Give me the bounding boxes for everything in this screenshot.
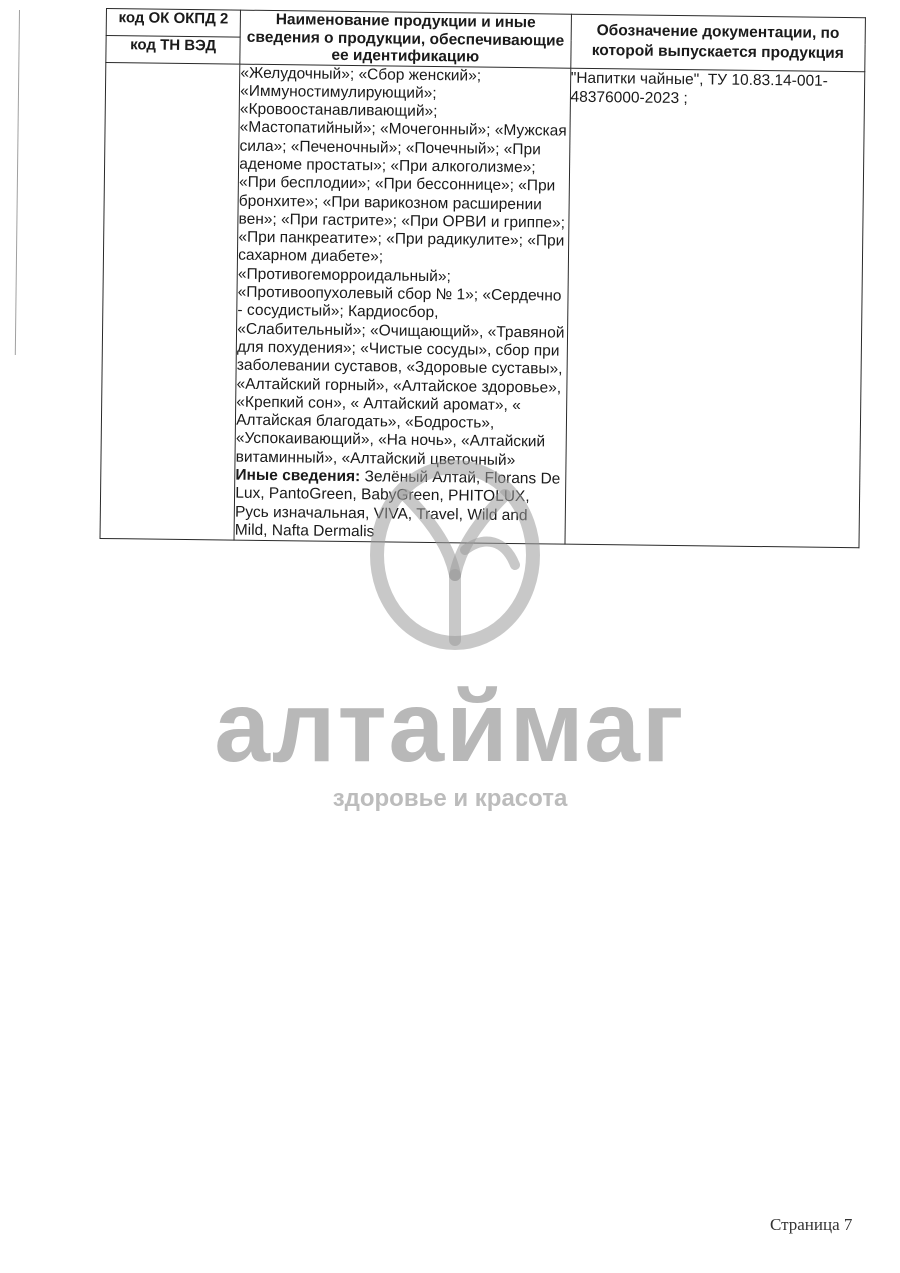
header-documentation: Обозначение документации, по которой вып…	[570, 14, 865, 71]
watermark-tagline: здоровье и красота	[0, 784, 900, 814]
header-product-name: Наименование продукции и иные сведения о…	[240, 10, 571, 68]
page-number: Страница 7	[770, 1215, 852, 1235]
header-code-okpd: код ОК ОКПД 2	[106, 9, 240, 37]
other-info-label: Иные сведения:	[235, 467, 360, 486]
header-code-tnved: код ТН ВЭД	[106, 35, 240, 63]
products-list: «Желудочный»; «Сбор женский»; «Иммуности…	[236, 64, 567, 469]
cell-code	[100, 62, 240, 540]
table-row: «Желудочный»; «Сбор женский»; «Иммуности…	[100, 62, 865, 548]
watermark-brand-name: алтаймаг	[0, 672, 900, 782]
certificate-table: код ОК ОКПД 2 Наименование продукции и и…	[100, 8, 868, 548]
scan-artifact-line	[15, 10, 20, 355]
cell-products: «Желудочный»; «Сбор женский»; «Иммуности…	[234, 64, 570, 545]
cell-documentation: "Напитки чайные", ТУ 10.83.14-001-483760…	[565, 68, 865, 548]
